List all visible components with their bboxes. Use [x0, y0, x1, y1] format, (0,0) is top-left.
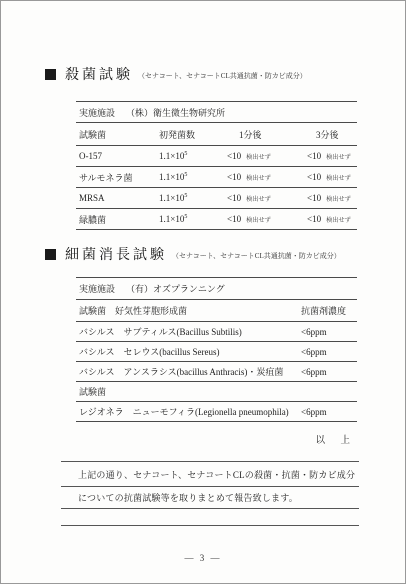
- initial-count-base: 1.1×10: [159, 193, 184, 203]
- column-header-initial-count: 初発菌数: [152, 128, 225, 141]
- section-sterilization-test-header: 殺菌試験 （セナコート、セナコートCL共通抗菌・防カビ成分）: [45, 64, 307, 84]
- table-row: サルモネラ菌 1.1×105 <10検出せず <10検出せず: [76, 167, 357, 188]
- column-header-bacteria: 試験菌: [76, 128, 152, 141]
- page-number: ― 3 ―: [1, 553, 405, 563]
- column-header-concentration: 抗菌剤濃度: [301, 304, 357, 317]
- initial-count: 1.1×105: [152, 172, 225, 182]
- concentration-value: <6ppm: [301, 367, 357, 377]
- square-bullet-icon: [45, 69, 56, 80]
- result-1min-value: <10: [227, 193, 241, 203]
- bacteria-name: サルモネラ菌: [76, 171, 152, 184]
- initial-count-base: 1.1×10: [159, 214, 184, 224]
- test-bacteria-header: 試験菌 好気性芽胞形成菌: [76, 304, 301, 317]
- result-1min-value: <10: [227, 214, 241, 224]
- result-1min-value: <10: [227, 151, 241, 161]
- result-3min-note: 検出せず: [326, 175, 351, 182]
- bacteria-name: バシルス セレウス(bacillus Sereus): [76, 345, 301, 358]
- facility-value: （有）オズプランニング: [126, 282, 225, 295]
- table-header-row: 試験菌 好気性芽胞形成菌 抗菌剤濃度: [76, 300, 357, 322]
- table-row: 緑膿菌 1.1×105 <10検出せず <10検出せず: [76, 209, 357, 230]
- table-row: O-157 1.1×105 <10検出せず <10検出せず: [76, 146, 357, 167]
- column-header-3min: 3分後: [305, 128, 357, 141]
- table-row: MRSA 1.1×105 <10検出せず <10検出せず: [76, 188, 357, 209]
- result-3min-note: 検出せず: [326, 154, 351, 161]
- bacteria-name: バシルス サブティルス(Bacillus Subtilis): [76, 325, 301, 338]
- initial-count-exponent: 5: [184, 172, 187, 178]
- bacteria-name: O-157: [76, 151, 152, 161]
- result-1min: <10検出せず: [225, 214, 305, 224]
- result-1min-note: 検出せず: [246, 217, 271, 224]
- square-bullet-icon: [45, 249, 56, 260]
- initial-count-exponent: 5: [184, 151, 187, 157]
- result-3min-value: <10: [307, 214, 321, 224]
- section-title: 殺菌試験: [65, 64, 133, 84]
- facility-label: 実施施設: [79, 106, 115, 119]
- result-3min-value: <10: [307, 172, 321, 182]
- result-3min: <10検出せず: [305, 151, 357, 161]
- concentration-value: <6ppm: [301, 347, 357, 357]
- test-bacteria-label: 試験菌: [79, 304, 106, 317]
- result-1min-note: 検出せず: [246, 154, 271, 161]
- initial-count: 1.1×105: [152, 193, 225, 203]
- facility-value: （株）衛生微生物研究所: [126, 106, 225, 119]
- initial-count-exponent: 5: [184, 193, 187, 199]
- initial-count: 1.1×105: [152, 214, 225, 224]
- result-3min: <10検出せず: [305, 193, 357, 203]
- section-subtitle: （セナコート、セナコートCL共通抗菌・防カビ成分）: [172, 251, 341, 261]
- concentration-value: <6ppm: [301, 327, 357, 337]
- result-1min: <10検出せず: [225, 172, 305, 182]
- closing-note-box: 上記の通り、セナコート、セナコートCLの殺菌・抗菌・防カビ成分 についての抗菌試…: [61, 461, 359, 526]
- test-bacteria-type: 好気性芽胞形成菌: [115, 304, 187, 317]
- bacteria-name: 緑膿菌: [76, 213, 152, 226]
- bacteria-name: MRSA: [76, 193, 152, 203]
- table-row: バシルス サブティルス(Bacillus Subtilis) <6ppm: [76, 322, 357, 342]
- column-header-1min: 1分後: [225, 128, 305, 141]
- initial-count-exponent: 5: [184, 214, 187, 220]
- result-3min: <10検出せず: [305, 214, 357, 224]
- facility-label: 実施施設: [79, 282, 115, 295]
- facility-row: 実施施設 （株）衛生微生物研究所: [76, 102, 357, 123]
- table-row: バシルス セレウス(bacillus Sereus) <6ppm: [76, 342, 357, 362]
- initial-count: 1.1×105: [152, 151, 225, 161]
- section-bacteria-growth-test-header: 細菌消長試験 （セナコート、セナコートCL共通抗菌・防カビ成分）: [45, 244, 341, 264]
- section-subtitle: （セナコート、セナコートCL共通抗菌・防カビ成分）: [138, 71, 307, 81]
- bacteria-name: バシルス アンスラシス(bacillus Anthracis)・炭疽菌: [76, 365, 301, 378]
- result-1min: <10検出せず: [225, 193, 305, 203]
- result-1min-value: <10: [227, 172, 241, 182]
- end-of-list-note: 以 上: [315, 432, 353, 446]
- result-3min-note: 検出せず: [326, 196, 351, 203]
- table-row: 試験菌: [76, 382, 357, 402]
- result-3min-value: <10: [307, 193, 321, 203]
- table-header-row: 試験菌 初発菌数 1分後 3分後: [76, 123, 357, 146]
- initial-count-base: 1.1×10: [159, 172, 184, 182]
- table-row: レジオネラ ニューモフィラ(Legionella pneumophila) <6…: [76, 402, 357, 422]
- result-1min-note: 検出せず: [246, 196, 271, 203]
- result-1min-note: 検出せず: [246, 175, 271, 182]
- facility-row: 実施施設 （有）オズプランニング: [76, 278, 357, 300]
- initial-count-base: 1.1×10: [159, 151, 184, 161]
- result-3min-value: <10: [307, 151, 321, 161]
- sterilization-test-table: 実施施設 （株）衛生微生物研究所 試験菌 初発菌数 1分後 3分後 O-157 …: [76, 101, 357, 230]
- closing-note-line: についての抗菌試験等を取りまとめて報告致します。: [61, 487, 359, 509]
- result-3min: <10検出せず: [305, 172, 357, 182]
- concentration-value: <6ppm: [301, 407, 357, 417]
- bacteria-name: レジオネラ ニューモフィラ(Legionella pneumophila): [76, 405, 301, 418]
- closing-note-empty-line: [61, 509, 359, 526]
- table-row: バシルス アンスラシス(bacillus Anthracis)・炭疽菌 <6pp…: [76, 362, 357, 382]
- bacteria-growth-test-table: 実施施設 （有）オズプランニング 試験菌 好気性芽胞形成菌 抗菌剤濃度 バシルス…: [76, 277, 357, 422]
- section-title: 細菌消長試験: [65, 244, 167, 264]
- report-page: 殺菌試験 （セナコート、セナコートCL共通抗菌・防カビ成分） 実施施設 （株）衛…: [0, 0, 406, 584]
- result-1min: <10検出せず: [225, 151, 305, 161]
- test-bacteria-label: 試験菌: [76, 385, 301, 398]
- closing-note-line: 上記の通り、セナコート、セナコートCLの殺菌・抗菌・防カビ成分: [61, 462, 359, 487]
- result-3min-note: 検出せず: [326, 217, 351, 224]
